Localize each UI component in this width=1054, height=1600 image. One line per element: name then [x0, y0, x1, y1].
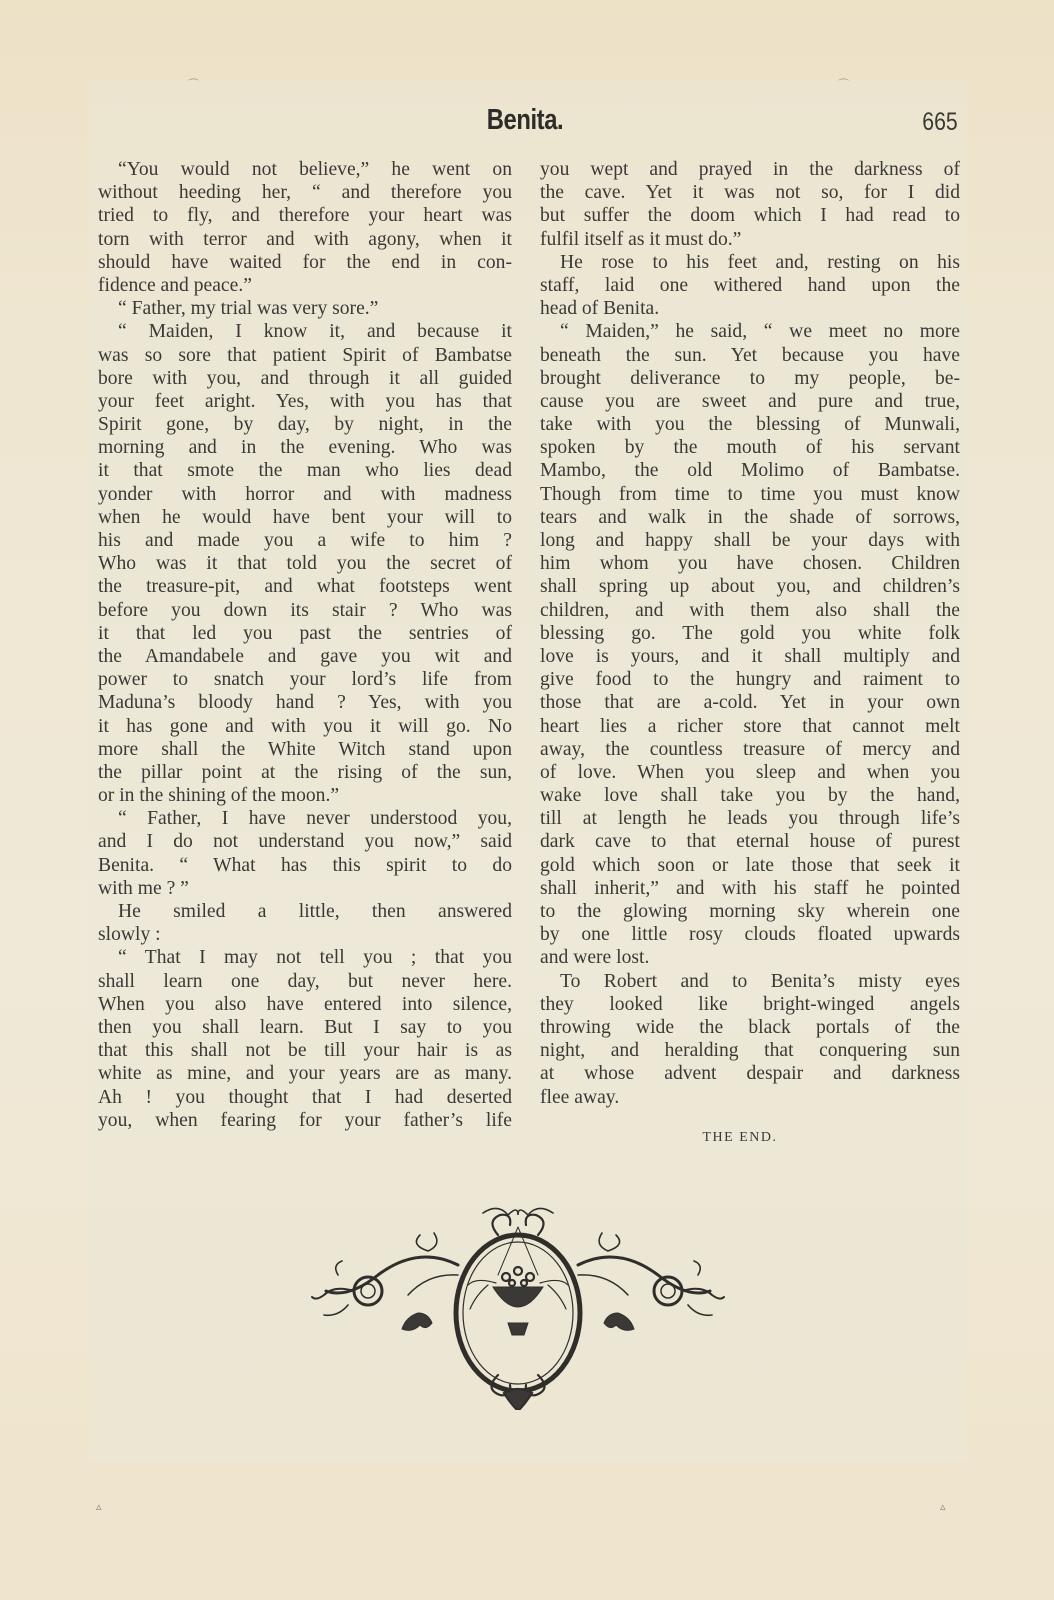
text-line: it that led you past the sentries of — [98, 622, 512, 645]
text-line: take with you the blessing of Munwali, — [540, 413, 960, 436]
text-line: away, the countless treasure of mercy an… — [540, 738, 960, 761]
text-line: and I do not understand you now,” said — [98, 830, 512, 853]
text-line: white as mine, and your years are as man… — [98, 1062, 512, 1085]
text-line: “ Father, I have never understood you, — [98, 807, 512, 830]
text-line: power to snatch your lord’s life from — [98, 668, 512, 691]
text-line: fidence and peace.” — [98, 274, 512, 297]
text-line: you wept and prayed in the darkness of — [540, 158, 960, 181]
print-mark: ⌒ — [838, 76, 849, 92]
text-line: night, and heralding that conquering sun — [540, 1039, 960, 1062]
text-line: should have waited for the end in con- — [98, 251, 512, 274]
text-line: when he would have bent your will to — [98, 506, 512, 529]
text-line: till at length he leads you through life… — [540, 807, 960, 830]
text-line: but suffer the doom which I had read to — [540, 204, 960, 227]
text-line: give food to the hungry and raiment to — [540, 668, 960, 691]
text-line: “ Father, my trial was very sore.” — [98, 297, 512, 320]
text-line: by one little rosy clouds floated upward… — [540, 923, 960, 946]
text-line: then you shall learn. But I say to you — [98, 1016, 512, 1039]
text-line: brought deliverance to my people, be- — [540, 367, 960, 390]
text-line: beneath the sun. Yet because you have — [540, 344, 960, 367]
page-header: Benita. 665 — [90, 100, 960, 144]
page-number: 665 — [923, 108, 958, 137]
text-line: Who was it that told you the secret of — [98, 552, 512, 575]
text-line: Though from time to time you must know — [540, 483, 960, 506]
text-line: before you down its stair ? Who was — [98, 599, 512, 622]
text-line: head of Benita. — [540, 297, 960, 320]
text-line: spoken by the mouth of his servant — [540, 436, 960, 459]
text-line: it has gone and with you it will go. No — [98, 715, 512, 738]
text-line: throwing wide the black portals of the — [540, 1016, 960, 1039]
text-line: you, when fearing for your father’s life — [98, 1109, 512, 1132]
text-line: Mambo, the old Molimo of Bambatse. — [540, 459, 960, 482]
text-line: shall inherit,” and with his staff he po… — [540, 877, 960, 900]
text-line: the cave. Yet it was not so, for I did — [540, 181, 960, 204]
text-line: love is yours, and it shall multiply and — [540, 645, 960, 668]
text-line: Ah ! you thought that I had deserted — [98, 1086, 512, 1109]
text-line: shall learn one day, but never here. — [98, 970, 512, 993]
text-line: bore with you, and through it all guided — [98, 367, 512, 390]
left-text-column: “You would not believe,” he went onwitho… — [98, 158, 512, 1132]
the-end-label: THE END. — [640, 1130, 840, 1146]
floral-tailpiece-ornament-icon — [308, 1195, 728, 1410]
text-line: “You would not believe,” he went on — [98, 158, 512, 181]
text-line: flee away. — [540, 1086, 960, 1109]
print-mark: ▵ — [96, 1500, 102, 1513]
text-line: yonder with horror and with madness — [98, 483, 512, 506]
text-line: of love. When you sleep and when you — [540, 761, 960, 784]
text-line: gold which soon or late those that seek … — [540, 854, 960, 877]
text-line: blessing go. The gold you white folk — [540, 622, 960, 645]
text-line: his and made you a wife to him ? — [98, 529, 512, 552]
text-line: He rose to his feet and, resting on his — [540, 251, 960, 274]
text-line: shall spring up about you, and children’… — [540, 575, 960, 598]
running-title: Benita. — [168, 104, 881, 137]
text-line: with me ? ” — [98, 877, 512, 900]
text-line: more shall the White Witch stand upon — [98, 738, 512, 761]
text-line: To Robert and to Benita’s misty eyes — [540, 970, 960, 993]
text-line: Maduna’s bloody hand ? Yes, with you — [98, 691, 512, 714]
text-line: dark cave to that eternal house of pures… — [540, 830, 960, 853]
text-line: tried to fly, and therefore your heart w… — [98, 204, 512, 227]
text-line: to the glowing morning sky wherein one — [540, 900, 960, 923]
text-line: staff, laid one withered hand upon the — [540, 274, 960, 297]
text-line: him whom you have chosen. Children — [540, 552, 960, 575]
text-line: slowly : — [98, 923, 512, 946]
text-line: or in the shining of the moon.” — [98, 784, 512, 807]
text-line: without heeding her, “ and therefore you — [98, 181, 512, 204]
text-line: at whose advent despair and darkness — [540, 1062, 960, 1085]
text-line: heart lies a richer store that cannot me… — [540, 715, 960, 738]
text-line: “ Maiden,” he said, “ we meet no more — [540, 320, 960, 343]
text-line: they looked like bright-winged angels — [540, 993, 960, 1016]
text-line: the pillar point at the rising of the su… — [98, 761, 512, 784]
text-line: and were lost. — [540, 946, 960, 969]
text-line: the Amandabele and gave you wit and — [98, 645, 512, 668]
text-line: long and happy shall be your days with — [540, 529, 960, 552]
text-line: the treasure-pit, and what footsteps wen… — [98, 575, 512, 598]
text-line: He smiled a little, then answered — [98, 900, 512, 923]
text-line: Benita. “ What has this spirit to do — [98, 854, 512, 877]
text-line: that this shall not be till your hair is… — [98, 1039, 512, 1062]
text-line: “ Maiden, I know it, and because it — [98, 320, 512, 343]
text-line: Spirit gone, by day, by night, in the — [98, 413, 512, 436]
text-line: children, and with them also shall the — [540, 599, 960, 622]
print-mark: ⌒ — [188, 76, 199, 92]
right-text-column: you wept and prayed in the darkness ofth… — [540, 158, 960, 1109]
text-line: fulfil itself as it must do.” — [540, 228, 960, 251]
text-line: those that are a-cold. Yet in your own — [540, 691, 960, 714]
text-line: wake love shall take you by the hand, — [540, 784, 960, 807]
text-line: your feet aright. Yes, with you has that — [98, 390, 512, 413]
text-line: tears and walk in the shade of sorrows, — [540, 506, 960, 529]
text-line: torn with terror and with agony, when it — [98, 228, 512, 251]
print-mark: ▵ — [940, 1500, 946, 1513]
text-line: was so sore that patient Spirit of Bamba… — [98, 344, 512, 367]
text-line: When you also have entered into silence, — [98, 993, 512, 1016]
text-line: “ That I may not tell you ; that you — [98, 946, 512, 969]
text-line: cause you are sweet and pure and true, — [540, 390, 960, 413]
text-line: it that smote the man who lies dead — [98, 459, 512, 482]
text-line: morning and in the evening. Who was — [98, 436, 512, 459]
